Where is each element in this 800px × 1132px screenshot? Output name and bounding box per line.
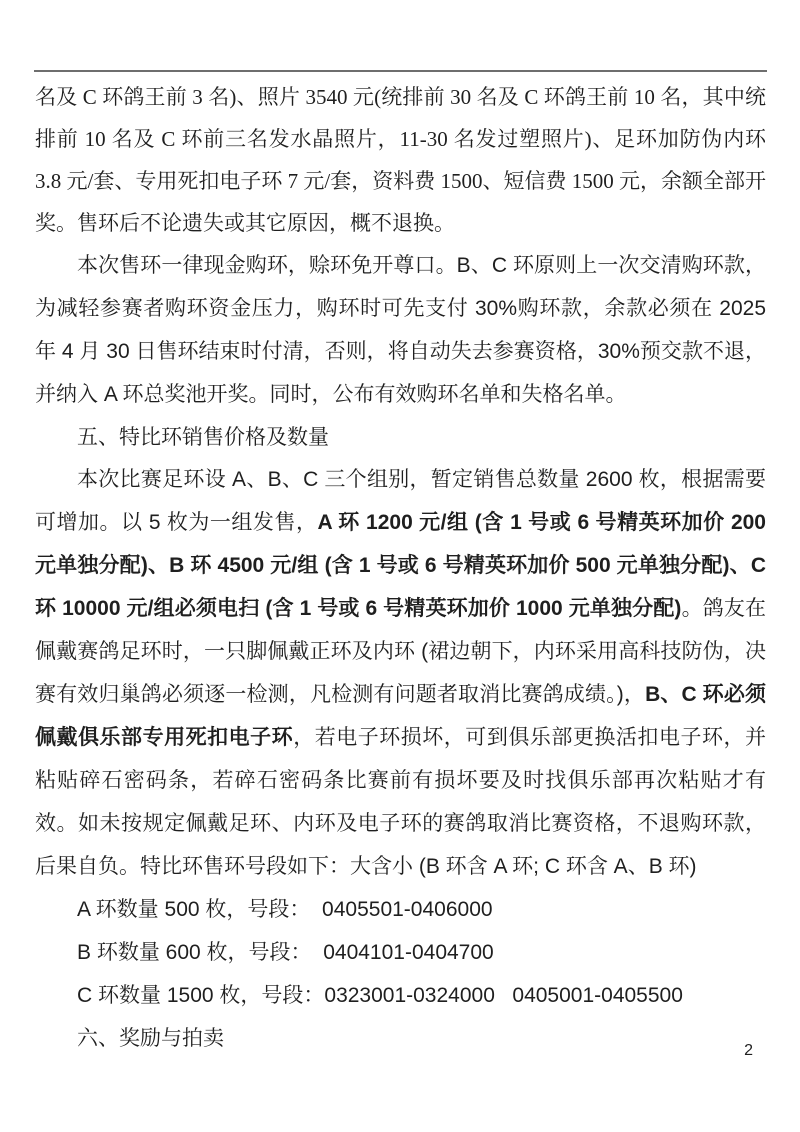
heading-section-six: 六、奖励与拍卖 <box>35 1017 766 1059</box>
text-run: 六、奖励与拍卖 <box>77 1026 224 1050</box>
paragraph-fees-continuation: 名及 C 环鸽王前 3 名)、照片 3540 元(统排前 30 名及 C 环鸽王… <box>35 76 766 244</box>
line-ring-a-quantity: A 环数量 500 枚，号段： 0405501-0406000 <box>35 888 766 931</box>
text-run: A 环数量 500 枚，号段： 0405501-0406000 <box>77 898 493 921</box>
text-run: 本次售环一律现金购环，赊环免开尊口。B、C 环原则上一次交清购环款，为减轻参赛者… <box>35 254 766 406</box>
text-run: 名及 C 环鸽王前 3 名)、照片 3540 元(统排前 30 名及 C 环鸽王… <box>35 85 766 235</box>
paragraph-cash-purchase-terms: 本次售环一律现金购环，赊环免开尊口。B、C 环原则上一次交清购环款，为减轻参赛者… <box>35 244 766 416</box>
header-rule <box>34 70 767 72</box>
text-run: B 环数量 600 枚，号段： 0404101-0404700 <box>77 941 494 964</box>
heading-section-five: 五、特比环销售价格及数量 <box>35 416 766 458</box>
text-run: C 环数量 1500 枚，号段：0323001-0324000 0405001-… <box>77 984 683 1007</box>
line-ring-c-quantity: C 环数量 1500 枚，号段：0323001-0324000 0405001-… <box>35 974 766 1017</box>
document-page: 名及 C 环鸽王前 3 名)、照片 3540 元(统排前 30 名及 C 环鸽王… <box>0 0 800 1132</box>
line-ring-b-quantity: B 环数量 600 枚，号段： 0404101-0404700 <box>35 931 766 974</box>
document-body: 名及 C 环鸽王前 3 名)、照片 3540 元(统排前 30 名及 C 环鸽王… <box>35 76 766 1059</box>
paragraph-ring-pricing-details: 本次比赛足环设 A、B、C 三个组别，暂定销售总数量 2600 枚，根据需要可增… <box>35 458 766 888</box>
text-run: 五、特比环销售价格及数量 <box>77 425 329 449</box>
page-number: 2 <box>744 1040 753 1062</box>
